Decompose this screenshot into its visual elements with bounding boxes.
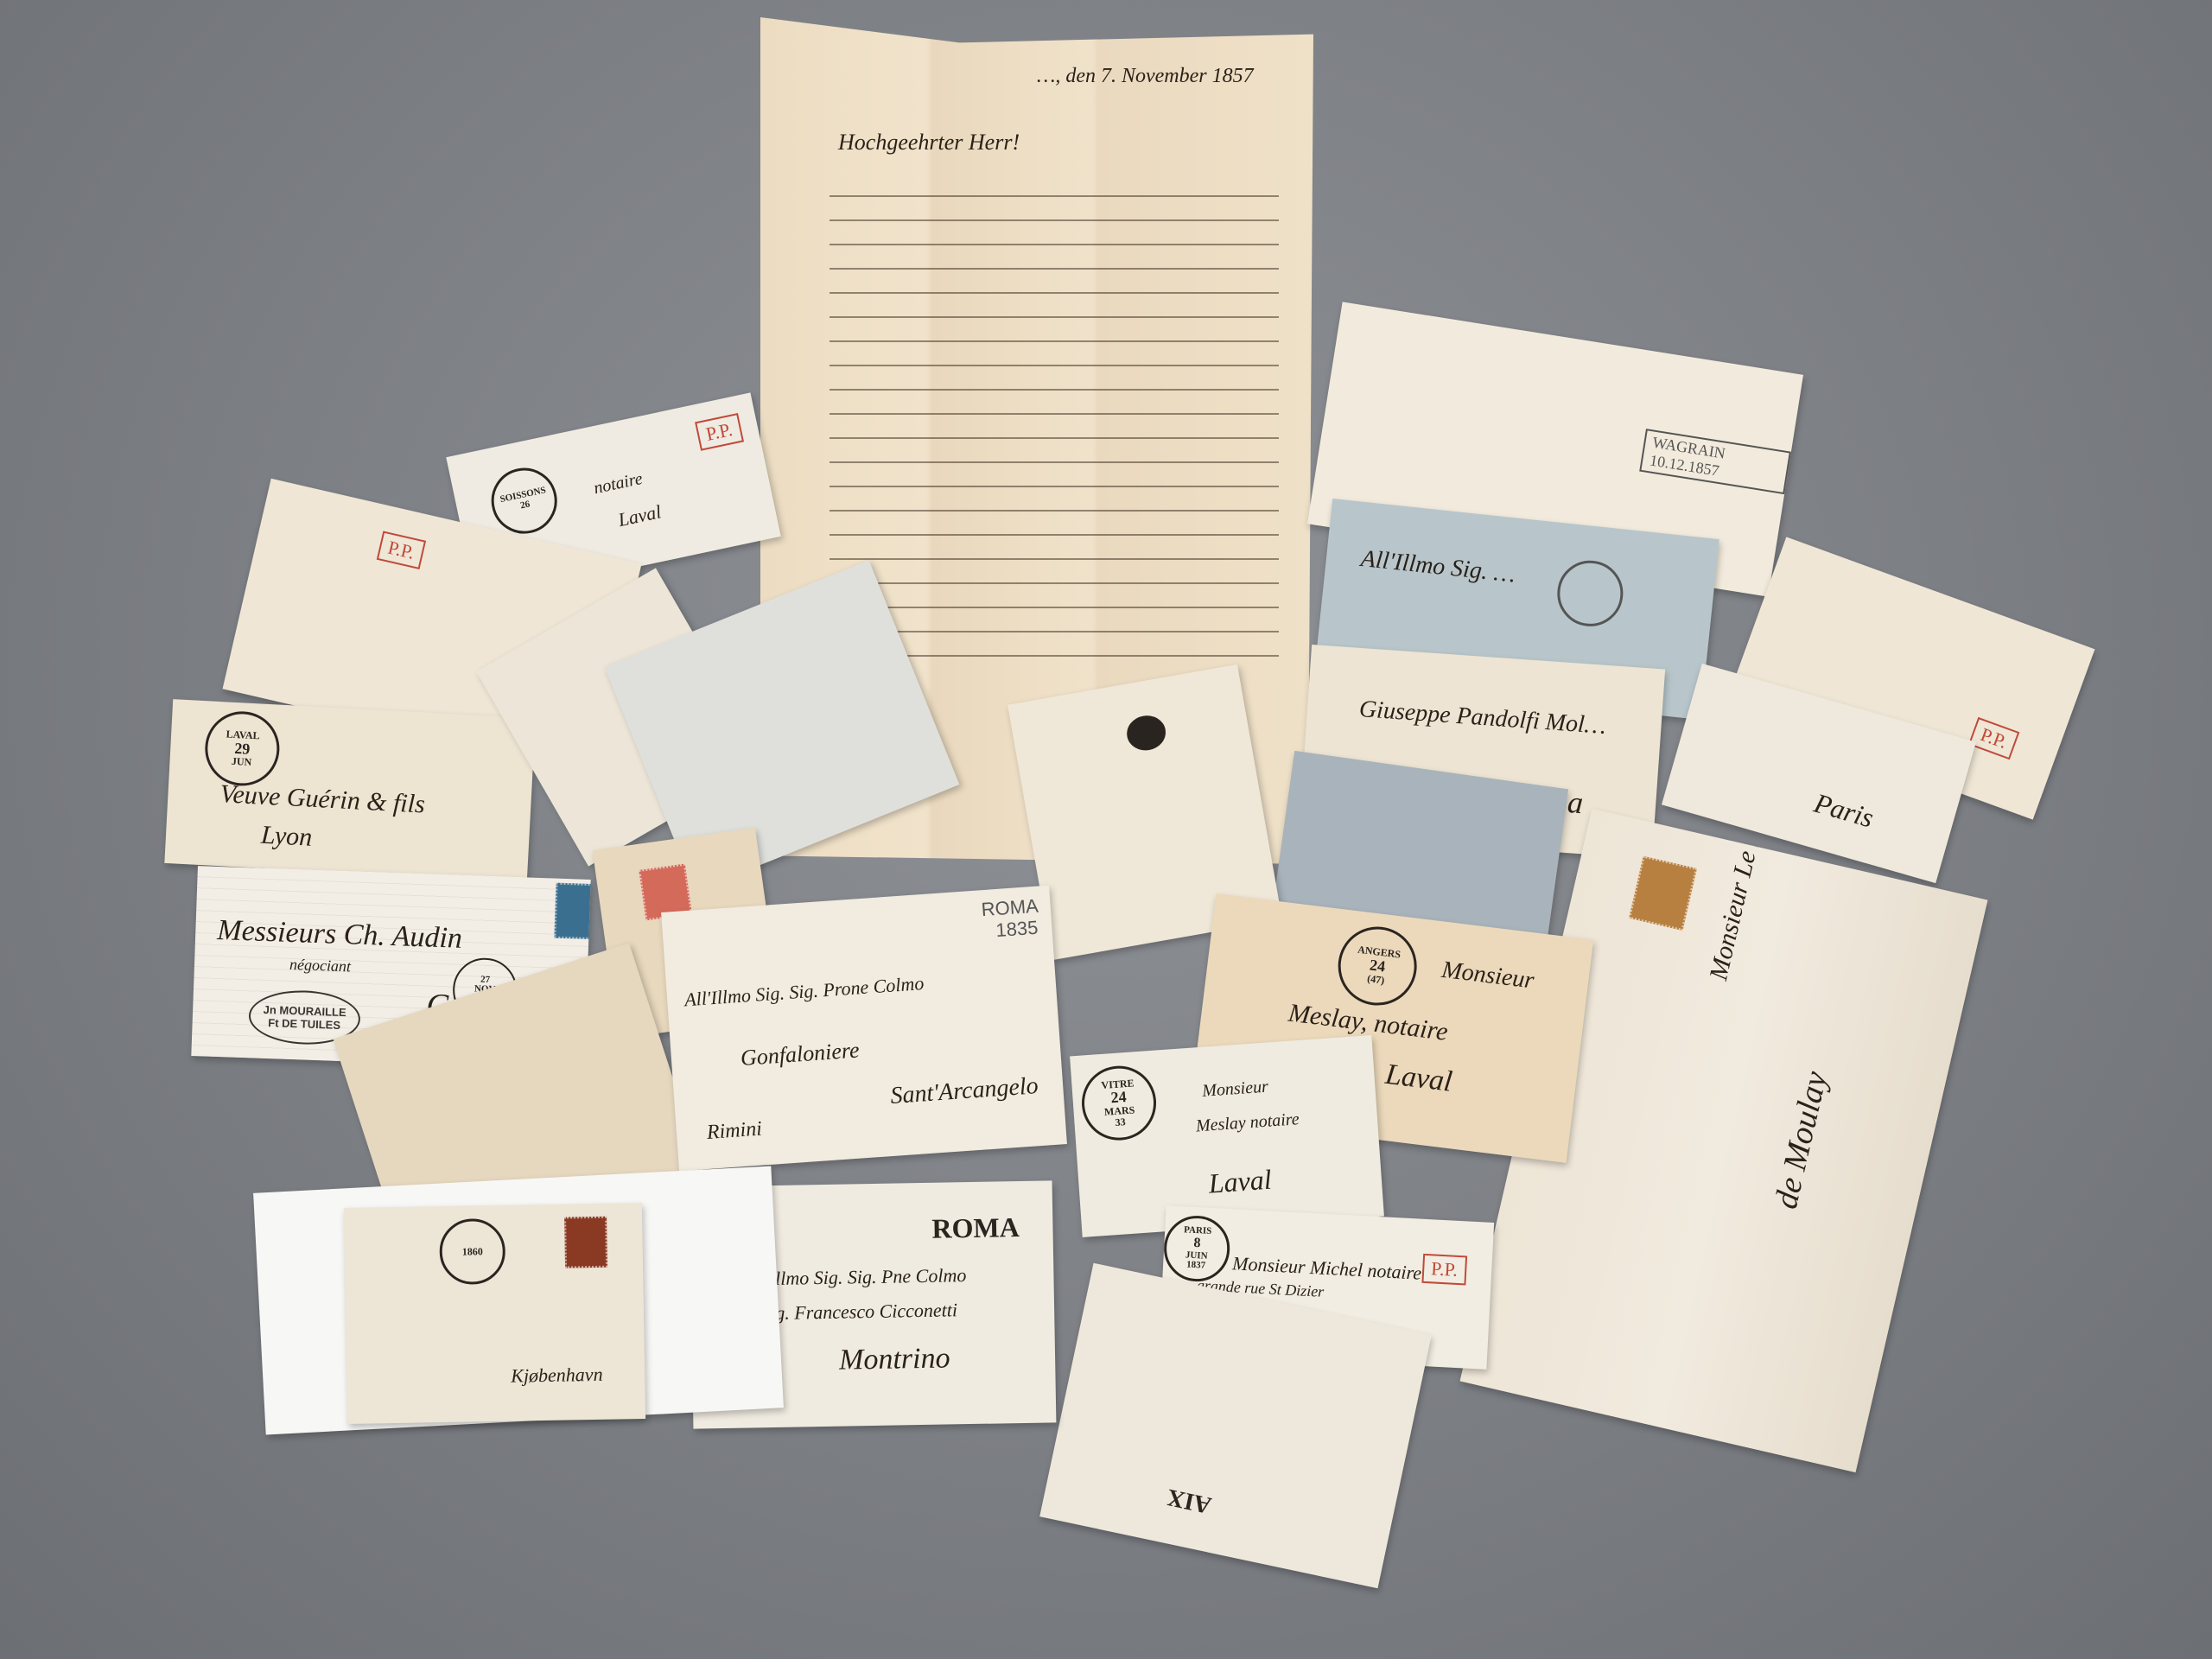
siracusa-addressee: Giuseppe Pandolfi Mol… bbox=[1358, 696, 1607, 741]
letter-salutation: Hochgeehrter Herr! bbox=[838, 130, 1020, 156]
pp-box: P.P. bbox=[1421, 1254, 1466, 1286]
audin-addressee: Messieurs Ch. Audin bbox=[217, 914, 463, 956]
wagrain-box-cancel: WAGRAIN 10.12.1857 bbox=[1639, 429, 1791, 494]
postmark bbox=[1554, 557, 1627, 630]
moulay-line2: de Moulay bbox=[1767, 1068, 1835, 1212]
soissons-destination: Laval bbox=[616, 500, 663, 531]
pp-box: P.P. bbox=[377, 531, 426, 569]
arcangelo-line3: Gonfaloniere bbox=[740, 1037, 860, 1071]
aix-straightline: AIX bbox=[1165, 1483, 1214, 1519]
postage-stamp-orange bbox=[1629, 856, 1697, 931]
lyon-destination: Lyon bbox=[260, 821, 313, 853]
danish-postmark: 1860 bbox=[439, 1218, 505, 1285]
vitre-postmark: VITRE24MARS33 bbox=[1079, 1064, 1159, 1143]
angers-addressee: Monsieur bbox=[1440, 957, 1535, 995]
vitre-destination: Laval bbox=[1208, 1164, 1273, 1200]
cover-vitre: VITRE24MARS33 Monsieur Meslay notaire La… bbox=[1070, 1035, 1384, 1237]
letter-body-lines bbox=[829, 173, 1279, 679]
roma-straightline: ROMA bbox=[931, 1211, 1020, 1245]
arcangelo-destination: Sant'Arcangelo bbox=[889, 1072, 1039, 1110]
wax-seal bbox=[1124, 713, 1168, 753]
cover-danish: 1860 Kjøbenhavn bbox=[344, 1203, 645, 1424]
pp-box: P.P. bbox=[695, 413, 744, 451]
danish-destination: Kjøbenhavn bbox=[511, 1363, 603, 1388]
vitre-line2: Meslay notaire bbox=[1195, 1109, 1300, 1136]
lyon-addressee: Veuve Guérin & fils bbox=[219, 779, 426, 819]
letter-dateline: …, den 7. November 1857 bbox=[1037, 65, 1254, 88]
cover-lyon: LAVAL29JUN Veuve Guérin & fils Lyon bbox=[164, 699, 535, 882]
angers-destination: Laval bbox=[1383, 1058, 1454, 1099]
arcangelo-from: Rimini bbox=[706, 1118, 763, 1145]
paris-postmark: PARIS8JUIN1837 bbox=[1162, 1214, 1231, 1283]
laval-postmark: LAVAL29JUN bbox=[203, 709, 281, 787]
angers-postmark: ANGERS24(47) bbox=[1333, 922, 1421, 1009]
postage-stamp-blue bbox=[554, 883, 590, 940]
audin-subtitle: négociant bbox=[289, 956, 352, 976]
cover-sant-arcangelo: ROMA 1835 All'Illmo Sig. Sig. Prone Colm… bbox=[661, 886, 1067, 1172]
paris-destination: Paris bbox=[1810, 787, 1877, 835]
roma-line2: Sig. Francesco Cicconetti bbox=[760, 1299, 957, 1325]
soissons-postmark: SOISSONS26 bbox=[486, 462, 563, 540]
soissons-line2: notaire bbox=[592, 469, 645, 499]
pp-box: P.P. bbox=[1968, 717, 2019, 760]
vitre-addressee: Monsieur bbox=[1202, 1077, 1269, 1102]
arcangelo-addressee: All'Illmo Sig. Sig. Prone Colmo bbox=[683, 972, 925, 1011]
pencil-note-year: 1835 bbox=[995, 917, 1039, 942]
postage-stamp-brown bbox=[564, 1217, 607, 1268]
roma-destination: Montrino bbox=[839, 1342, 950, 1376]
